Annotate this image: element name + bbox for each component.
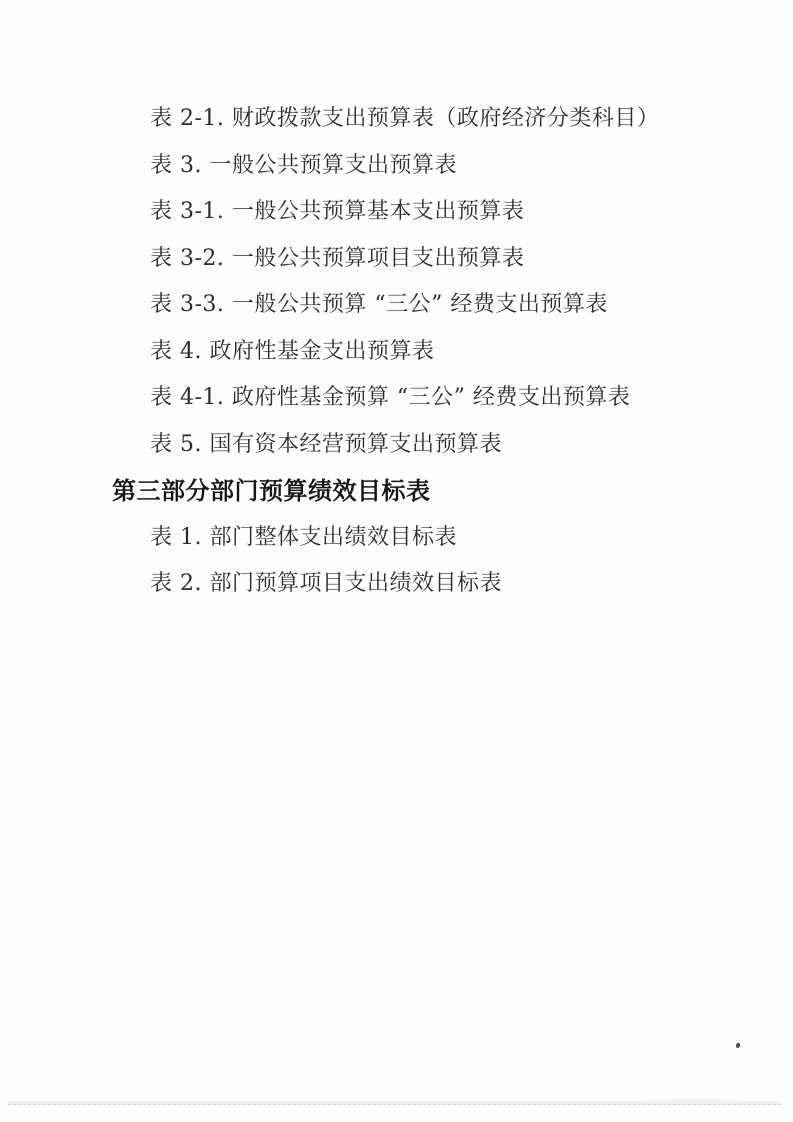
toc-item: 表 3-1. 一般公共预算基本支出预算表 xyxy=(0,189,793,236)
toc-item: 表 1. 部门整体支出绩效目标表 xyxy=(0,515,793,562)
section-heading-part3: 第三部分部门预算绩效目标表 xyxy=(0,468,793,515)
toc-item: 表 2. 部门预算项目支出绩效目标表 xyxy=(0,561,793,608)
scan-ink-speck xyxy=(736,1043,740,1048)
toc-item: 表 5. 国有资本经营预算支出预算表 xyxy=(0,422,793,469)
toc-item: 表 3-3. 一般公共预算 “三公” 经费支出预算表 xyxy=(0,282,793,329)
toc-item: 表 3-2. 一般公共预算项目支出预算表 xyxy=(0,236,793,283)
toc-item: 表 4. 政府性基金支出预算表 xyxy=(0,329,793,376)
document-page: 表 2-1. 财政拨款支出预算表（政府经济分类科目） 表 3. 一般公共预算支出… xyxy=(0,0,793,1122)
toc-item: 表 2-1. 财政拨款支出预算表（政府经济分类科目） xyxy=(0,96,793,143)
scan-bottom-edge-line xyxy=(8,1101,781,1105)
table-of-contents: 表 2-1. 财政拨款支出预算表（政府经济分类科目） 表 3. 一般公共预算支出… xyxy=(0,96,793,608)
toc-item: 表 4-1. 政府性基金预算 “三公” 经费支出预算表 xyxy=(0,375,793,422)
toc-item: 表 3. 一般公共预算支出预算表 xyxy=(0,143,793,190)
